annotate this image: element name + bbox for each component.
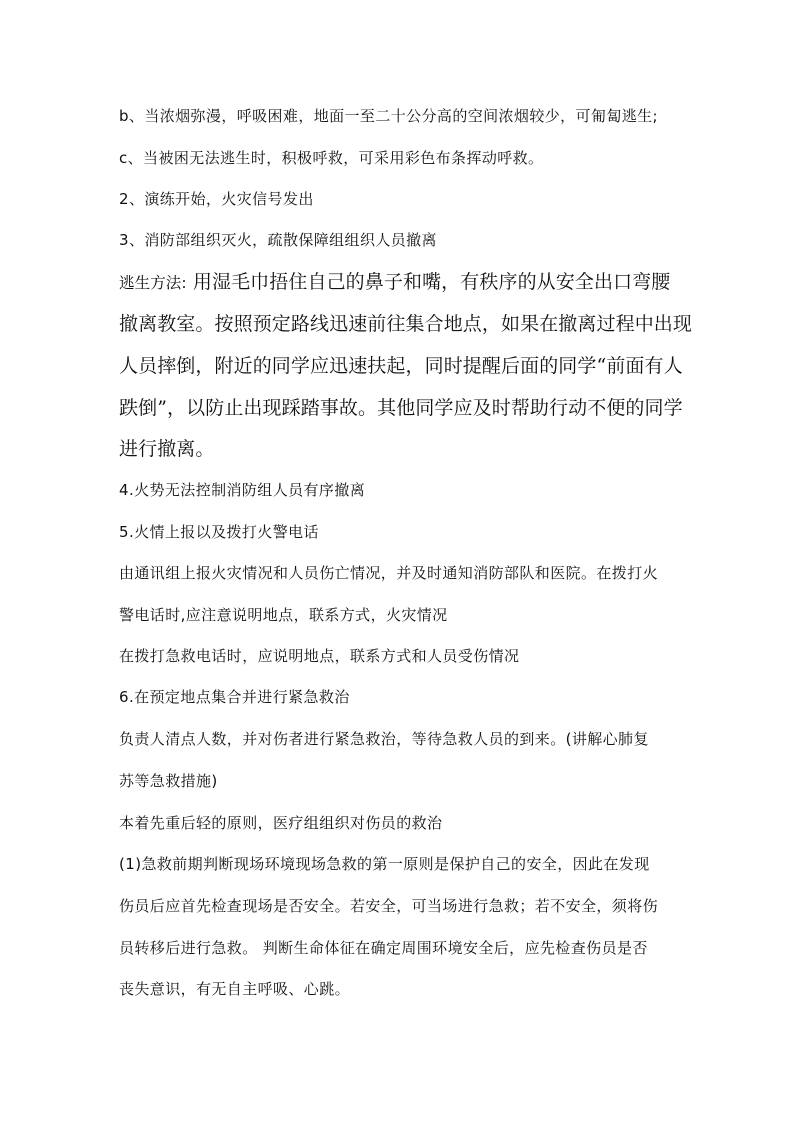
escape-method-line-1: 逃生方法: 用湿毛巾捂住自己的鼻子和嘴，有秩序的从安全出口弯腰	[119, 273, 670, 292]
step-5-heading: 5.火情上报以及拨打火警电话	[119, 525, 319, 540]
paragraph-line: 在拨打急救电话时，应说明地点，联系方式和人员受伤情况	[119, 649, 519, 664]
step-3-heading: 3、消防部组织灭火，疏散保障组组织人员撤离	[119, 233, 437, 248]
escape-method-text: 用湿毛巾捂住自己的鼻子和嘴，有秩序的从安全出口弯腰	[193, 271, 671, 293]
paragraph-line: (1)急救前期判断现场环境现场急救的第一原则是保护自己的安全，因此在发现	[119, 857, 650, 872]
step-2-heading: 2、演练开始，火灾信号发出	[119, 192, 314, 207]
document-page: b、当浓烟弥漫，呼吸困难，地面一至二十公分高的空间浓烟较少，可匍匐逃生; c、当…	[0, 0, 793, 1122]
escape-method-line-4: 跌倒”，以防止出现踩踏事故。其他同学应及时帮助行动不便的同学	[119, 399, 683, 418]
escape-method-line-2: 撤离教室。按照预定路线迅速前往集合地点，如果在撤离过程中出现	[119, 315, 692, 334]
paragraph-line: 员转移后进行急救。 判断生命体征在确定周围环境安全后，应先检查伤员是否	[119, 941, 648, 956]
paragraph-line: 丧失意识，有无自主呼吸、心跳。	[119, 982, 350, 997]
escape-method-label: 逃生方法:	[119, 274, 187, 292]
escape-method-line-5: 进行撤离。	[119, 440, 215, 459]
paragraph-line: 苏等急救措施)	[119, 774, 218, 789]
paragraph-line: 警电话时,应注意说明地点，联系方式，火灾情况	[119, 608, 448, 623]
step-4-heading: 4.火势无法控制消防组人员有序撤离	[119, 483, 365, 498]
paragraph-line: 本着先重后轻的原则，医疗组组织对伤员的救治	[119, 816, 442, 831]
escape-method-line-3: 人员摔倒，附近的同学应迅速扶起，同时提醒后面的同学“前面有人	[119, 357, 683, 376]
paragraph-line: 伤员后应首先检查现场是否安全。若安全，可当场进行急救；若不安全，须将伤	[119, 899, 658, 914]
step-6-heading: 6.在预定地点集合并进行紧急救治	[119, 690, 350, 705]
text-line-b: b、当浓烟弥漫，呼吸困难，地面一至二十公分高的空间浓烟较少，可匍匐逃生;	[119, 109, 658, 124]
paragraph-line: 由通讯组上报火灾情况和人员伤亡情况，并及时通知消防部队和医院。在拨打火	[119, 566, 658, 581]
paragraph-line: 负责人清点人数，并对伤者进行紧急救治，等待急救人员的到来。(讲解心肺复	[119, 732, 649, 747]
text-line-c: c、当被困无法逃生时，积极呼救，可采用彩色布条挥动呼救。	[119, 151, 543, 166]
